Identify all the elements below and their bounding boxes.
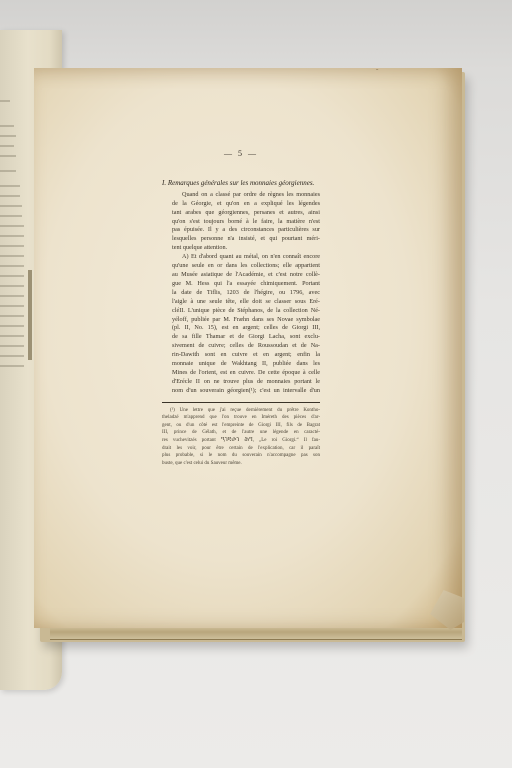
footnote-divider	[162, 402, 320, 403]
bleed-text-line	[0, 265, 24, 267]
footnote-line: (¹) Une lettre que j'ai reçue dernièreme…	[162, 407, 320, 415]
bleed-text-line	[0, 170, 16, 172]
text-line: monnaie unique de Wakhtang II, publiée d…	[162, 360, 320, 369]
text-line: de la Géorgie, et qu'on en a expliqué le…	[162, 200, 320, 209]
text-line: qu'on s'est toujours borné à le faire, l…	[162, 218, 320, 227]
footnote-line: res vuchevitzés portant ႢႨႲႰႨ ႫႤ, „Le ro…	[162, 437, 320, 445]
bleed-text-line	[0, 235, 24, 237]
footnote-line: theladzé m'apprend que l'on trouve en Im…	[162, 414, 320, 422]
footnote-line: buste, que c'est celui du Sauveur même.	[162, 460, 320, 468]
paragraph-2: A) Et d'abord quant au métal, on n'en co…	[162, 253, 320, 396]
footnote: (¹) Une lettre que j'ai reçue dernièreme…	[162, 407, 320, 468]
pencil-mark: ˇ	[376, 68, 378, 76]
bleed-text-line	[0, 100, 10, 102]
bleed-text-line	[0, 185, 20, 187]
page-text-block: — 5 — I. Remarques générales sur les mon…	[162, 150, 320, 467]
text-line: qu'une seule en or dans les collections;…	[162, 262, 320, 271]
footnote-line: gent, ou d'un côté est l'empreinte de Gi…	[162, 422, 320, 430]
bleed-text-line	[0, 255, 24, 257]
bleed-text-line	[0, 195, 20, 197]
text-line: pas épuisée. Il y a des circonstances pa…	[162, 226, 320, 235]
bleed-text-line	[0, 205, 22, 207]
text-line: lesquelles personne n'a insisté, et qui …	[162, 235, 320, 244]
text-line: tant arabes que géorgiennes, persanes et…	[162, 209, 320, 218]
bleed-text-line	[0, 225, 24, 227]
background-wall	[0, 0, 512, 70]
footnote-line: III, prince de Gélath, et de l'autre une…	[162, 429, 320, 437]
bleed-text-line	[0, 315, 24, 317]
text-line: de sa fille Thamar et de Giorgi Lacha, s…	[162, 333, 320, 342]
binding-gutter	[28, 270, 32, 360]
text-line: au Musée asiatique de l'Académie, et c'e…	[162, 271, 320, 280]
bleed-text-line	[0, 135, 16, 137]
bleed-text-line	[0, 345, 24, 347]
text-line: sivement de cuivre; celles de Roussoudan…	[162, 342, 320, 351]
text-line: yéloff, publiée par M. Fræhn dans ses No…	[162, 316, 320, 325]
bleed-text-line	[0, 305, 24, 307]
bleed-text-line	[0, 365, 24, 367]
text-line: nom d'un souverain géorgien(¹); c'est un…	[162, 387, 320, 396]
footnote-line: drait les voir, pour être certain de l'e…	[162, 445, 320, 453]
text-line: tent quelque attention.	[162, 244, 320, 253]
text-line: rin-Dawith sont en cuivre et en argent; …	[162, 351, 320, 360]
page-number: — 5 —	[162, 150, 320, 159]
bleed-text-line	[0, 275, 24, 277]
section-title: I. Remarques générales sur les monnaies …	[162, 179, 320, 188]
bleed-text-line	[0, 155, 16, 157]
text-line: la date de Tiflis, 1203 de l'hégire, ou …	[162, 289, 320, 298]
bleed-text-line	[0, 215, 22, 217]
bleed-text-line	[0, 145, 14, 147]
paragraph-1: Quand on a classé par ordre de règnes le…	[162, 191, 320, 253]
text-line: A) Et d'abord quant au métal, on n'en co…	[162, 253, 320, 262]
text-line: Quand on a classé par ordre de règnes le…	[162, 191, 320, 200]
bleed-text-line	[0, 125, 14, 127]
bleed-text-line	[0, 355, 24, 357]
text-line: (pl. II, No. 15), est en argent; celles …	[162, 324, 320, 333]
text-line: l'aigle à une seule tête, elle doit se c…	[162, 298, 320, 307]
bleed-text-line	[0, 245, 24, 247]
bleed-text-line	[0, 295, 24, 297]
text-line: gue M. Hess qui l'a essayée chimiquement…	[162, 280, 320, 289]
bleed-text-line	[0, 335, 24, 337]
bleed-text-line	[0, 285, 24, 287]
bleed-text-line	[0, 325, 24, 327]
footnote-line: plus probable, si le nom du souverain n'…	[162, 452, 320, 460]
text-line: cléII. L'unique pièce de Stéphanos, de l…	[162, 307, 320, 316]
text-line: Mines de l'orient, est en cuivre. De cet…	[162, 369, 320, 378]
text-line: d'Erécle II on ne trouve plus de monnaie…	[162, 378, 320, 387]
